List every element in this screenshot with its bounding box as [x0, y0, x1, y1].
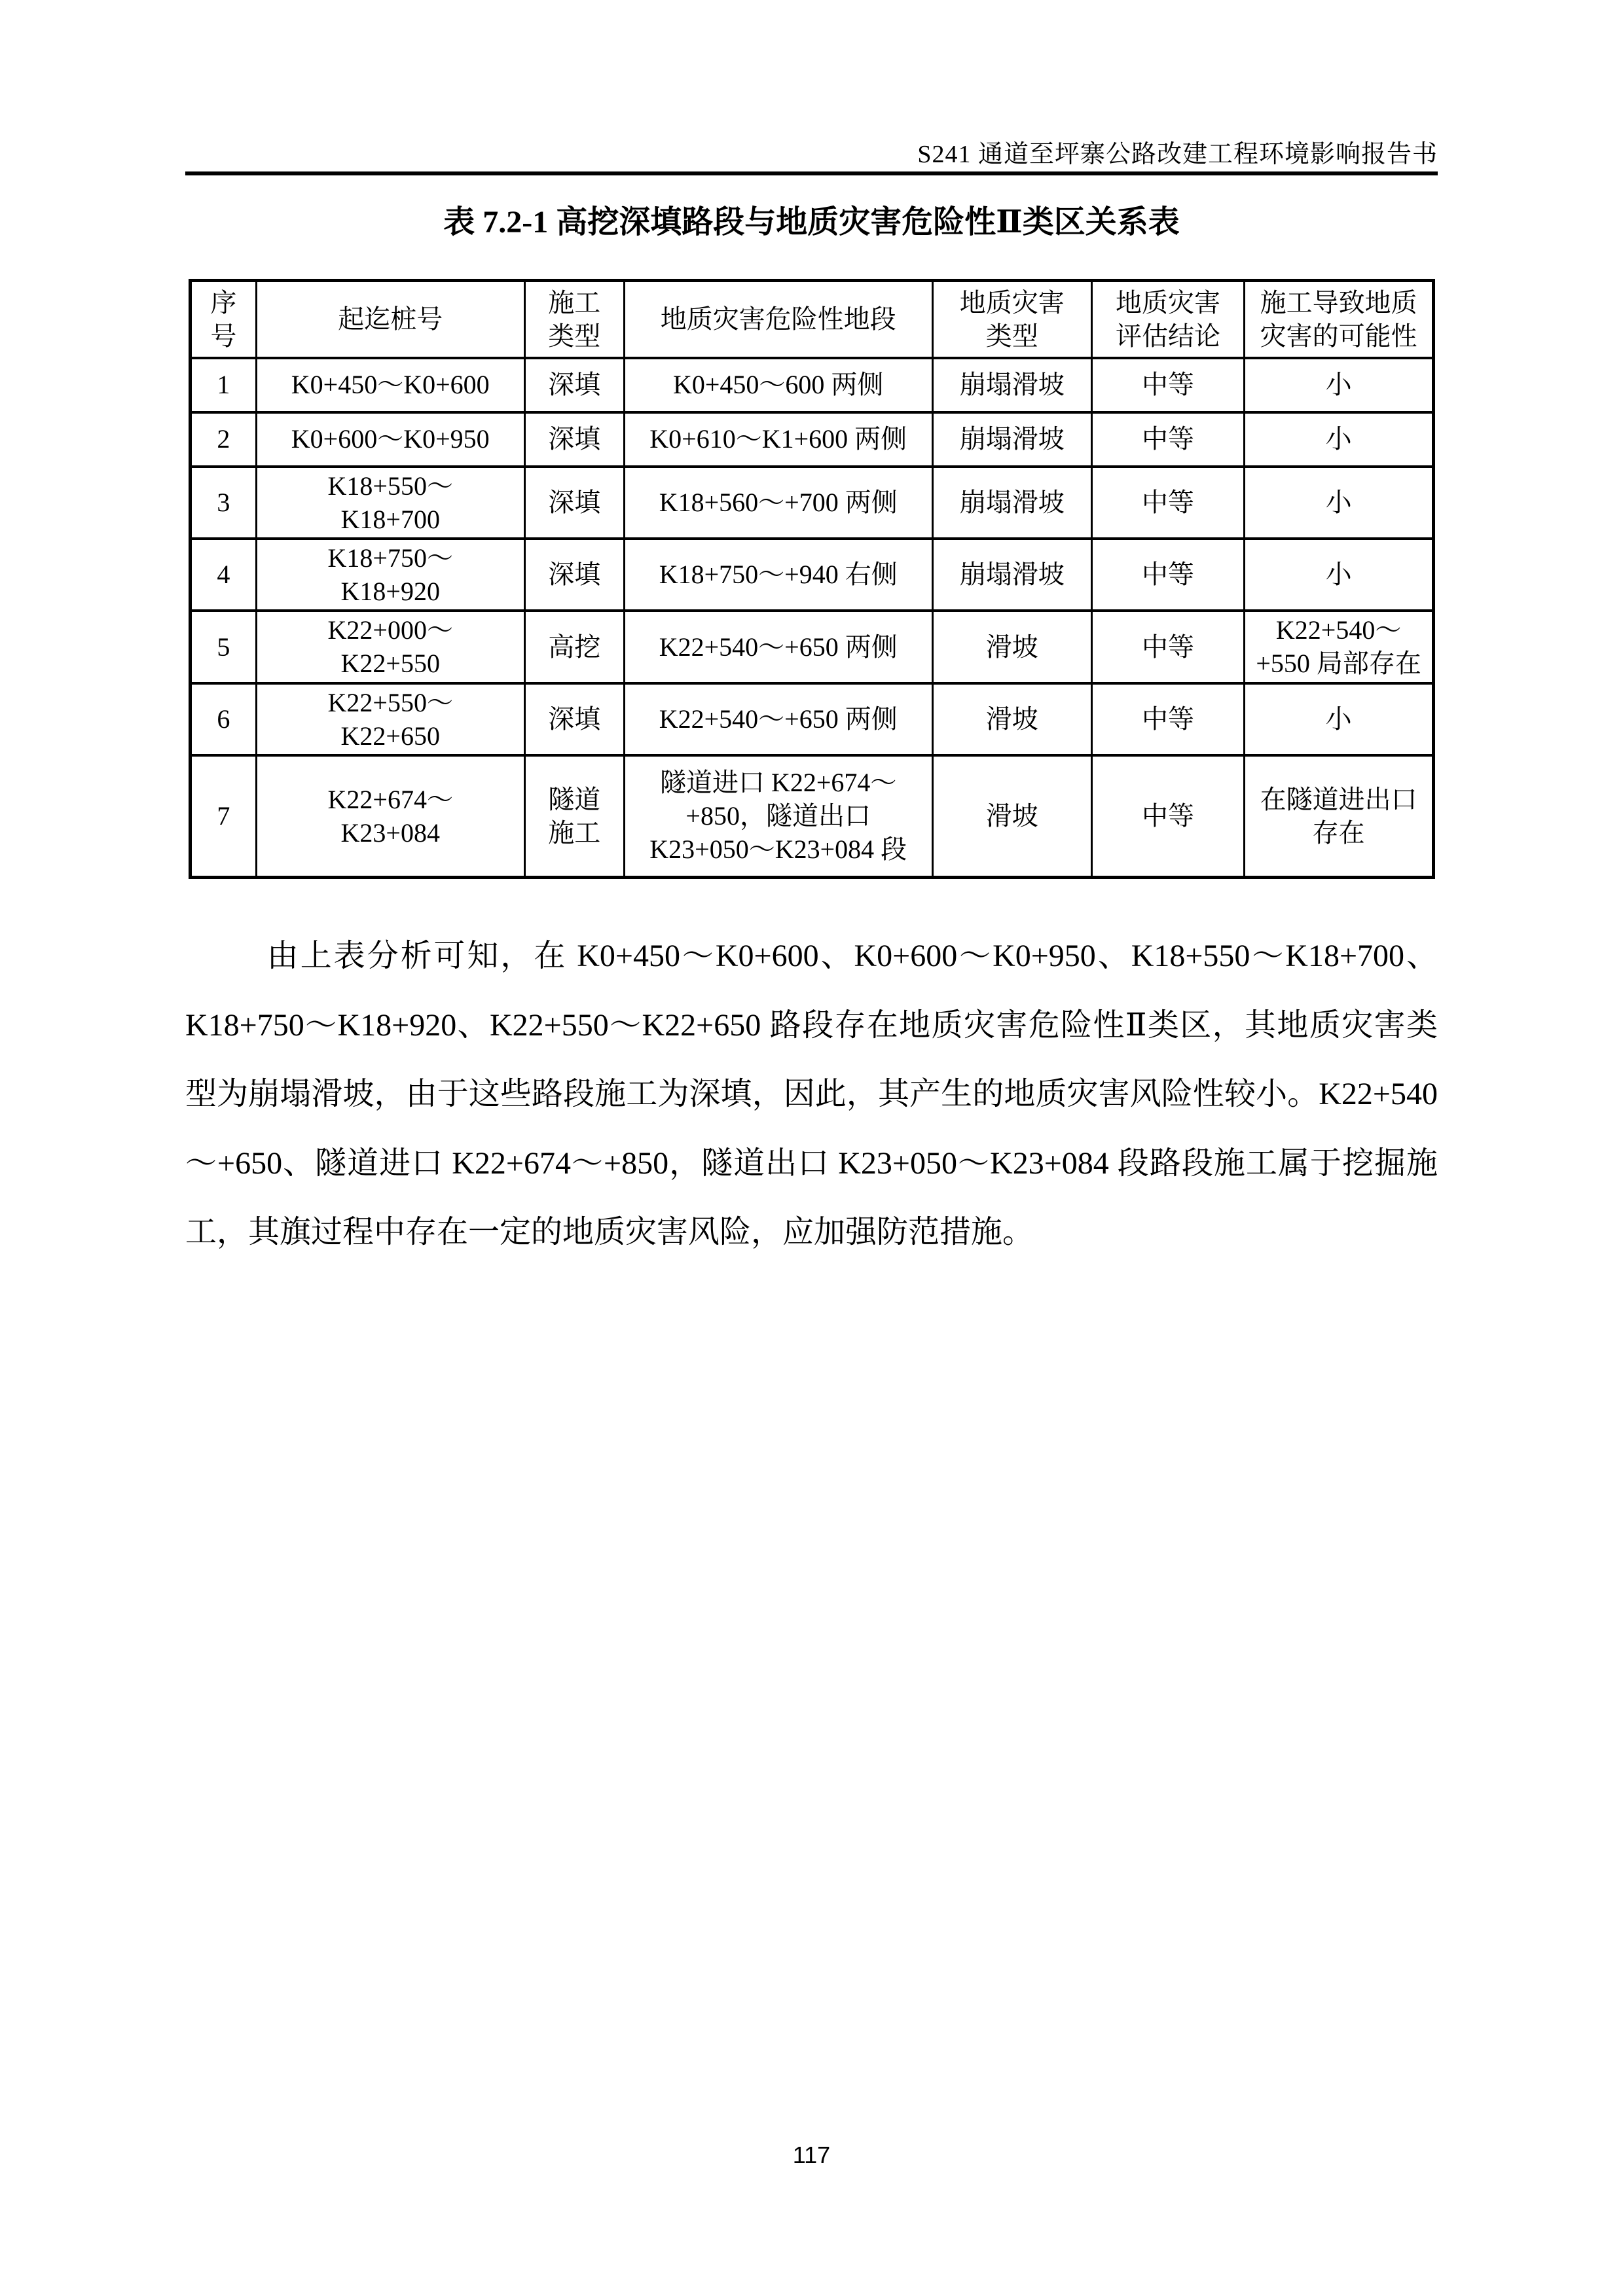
- table-cell: 中等: [1091, 467, 1245, 539]
- table-row: 4 K18+750～ K18+920 深填 K18+750～+940 右侧 崩塌…: [191, 539, 1434, 611]
- table-cell: 7: [191, 755, 257, 877]
- table-cell: 滑坡: [932, 755, 1091, 877]
- table-cell: 5: [191, 611, 257, 683]
- table-cell: K22+540～ +550 局部存在: [1245, 611, 1434, 683]
- table-cell: 崩塌滑坡: [932, 412, 1091, 467]
- table-cell: K22+674～ K23+084: [256, 755, 524, 877]
- table-cell: 2: [191, 412, 257, 467]
- document-page: S241 通道至坪寨公路改建工程环境影响报告书 表 7.2-1 高挖深填路段与地…: [0, 0, 1623, 2296]
- column-header-assessment: 地质灾害 评估结论: [1091, 281, 1245, 358]
- running-header: S241 通道至坪寨公路改建工程环境影响报告书: [185, 134, 1438, 170]
- table-cell: K22+550～ K22+650: [256, 683, 524, 755]
- table-cell: 隧道进口 K22+674～ +850，隧道出口 K23+050～K23+084 …: [624, 755, 932, 877]
- table-cell: 崩塌滑坡: [932, 358, 1091, 412]
- table-cell: 小: [1245, 412, 1434, 467]
- table-cell: 小: [1245, 539, 1434, 611]
- table-cell: 隧道 施工: [524, 755, 624, 877]
- table-cell: 深填: [524, 539, 624, 611]
- column-header-hazard-type: 地质灾害 类型: [932, 281, 1091, 358]
- table-cell: K18+560～+700 两侧: [624, 467, 932, 539]
- table-row: 2 K0+600～K0+950 深填 K0+610～K1+600 两侧 崩塌滑坡…: [191, 412, 1434, 467]
- table-cell: 滑坡: [932, 683, 1091, 755]
- table-row: 5 K22+000～ K22+550 高挖 K22+540～+650 两侧 滑坡…: [191, 611, 1434, 683]
- table-cell: 高挖: [524, 611, 624, 683]
- table-cell: 深填: [524, 358, 624, 412]
- table-cell: K0+600～K0+950: [256, 412, 524, 467]
- table-cell: 在隧道进出口 存在: [1245, 755, 1434, 877]
- table-cell: 小: [1245, 358, 1434, 412]
- table-cell: 滑坡: [932, 611, 1091, 683]
- table-cell: K22+000～ K22+550: [256, 611, 524, 683]
- table-cell: K22+540～+650 两侧: [624, 683, 932, 755]
- table-header-row: 序 号 起迄桩号 施工 类型 地质灾害危险性地段 地质灾害 类型 地质灾害 评估…: [191, 281, 1434, 358]
- table-cell: 中等: [1091, 412, 1245, 467]
- analysis-paragraph: 由上表分析可知，在 K0+450～K0+600、K0+600～K0+950、K1…: [185, 922, 1438, 1267]
- column-header-construction-type: 施工 类型: [524, 281, 624, 358]
- column-header-possibility: 施工导致地质 灾害的可能性: [1245, 281, 1434, 358]
- table-cell: K18+750～ K18+920: [256, 539, 524, 611]
- table-cell: 中等: [1091, 539, 1245, 611]
- table-cell: 1: [191, 358, 257, 412]
- table-cell: 崩塌滑坡: [932, 467, 1091, 539]
- table-cell: K18+750～+940 右侧: [624, 539, 932, 611]
- table-row: 6 K22+550～ K22+650 深填 K22+540～+650 两侧 滑坡…: [191, 683, 1434, 755]
- table-cell: K22+540～+650 两侧: [624, 611, 932, 683]
- table-cell: 崩塌滑坡: [932, 539, 1091, 611]
- table-row: 3 K18+550～ K18+700 深填 K18+560～+700 两侧 崩塌…: [191, 467, 1434, 539]
- table-cell: 深填: [524, 467, 624, 539]
- table-row: 1 K0+450～K0+600 深填 K0+450～600 两侧 崩塌滑坡 中等…: [191, 358, 1434, 412]
- column-header-hazard-section: 地质灾害危险性地段: [624, 281, 932, 358]
- table-cell: K0+450～K0+600: [256, 358, 524, 412]
- page-number: 117: [0, 2142, 1623, 2169]
- table-cell: 小: [1245, 683, 1434, 755]
- table-cell: 中等: [1091, 683, 1245, 755]
- table-cell: 中等: [1091, 755, 1245, 877]
- table-cell: 4: [191, 539, 257, 611]
- table-cell: 深填: [524, 683, 624, 755]
- hazard-table: 序 号 起迄桩号 施工 类型 地质灾害危险性地段 地质灾害 类型 地质灾害 评估…: [189, 279, 1435, 879]
- table-cell: K0+450～600 两侧: [624, 358, 932, 412]
- header-divider: [185, 171, 1438, 175]
- table-cell: 中等: [1091, 358, 1245, 412]
- column-header-stake: 起迄桩号: [256, 281, 524, 358]
- table-cell: 中等: [1091, 611, 1245, 683]
- table-row: 7 K22+674～ K23+084 隧道 施工 隧道进口 K22+674～ +…: [191, 755, 1434, 877]
- table-cell: 6: [191, 683, 257, 755]
- table-title: 表 7.2-1 高挖深填路段与地质灾害危险性Ⅱ类区关系表: [185, 196, 1438, 242]
- table-cell: K18+550～ K18+700: [256, 467, 524, 539]
- table-cell: 3: [191, 467, 257, 539]
- table-cell: K0+610～K1+600 两侧: [624, 412, 932, 467]
- column-header-seq: 序 号: [191, 281, 257, 358]
- table-cell: 深填: [524, 412, 624, 467]
- table-cell: 小: [1245, 467, 1434, 539]
